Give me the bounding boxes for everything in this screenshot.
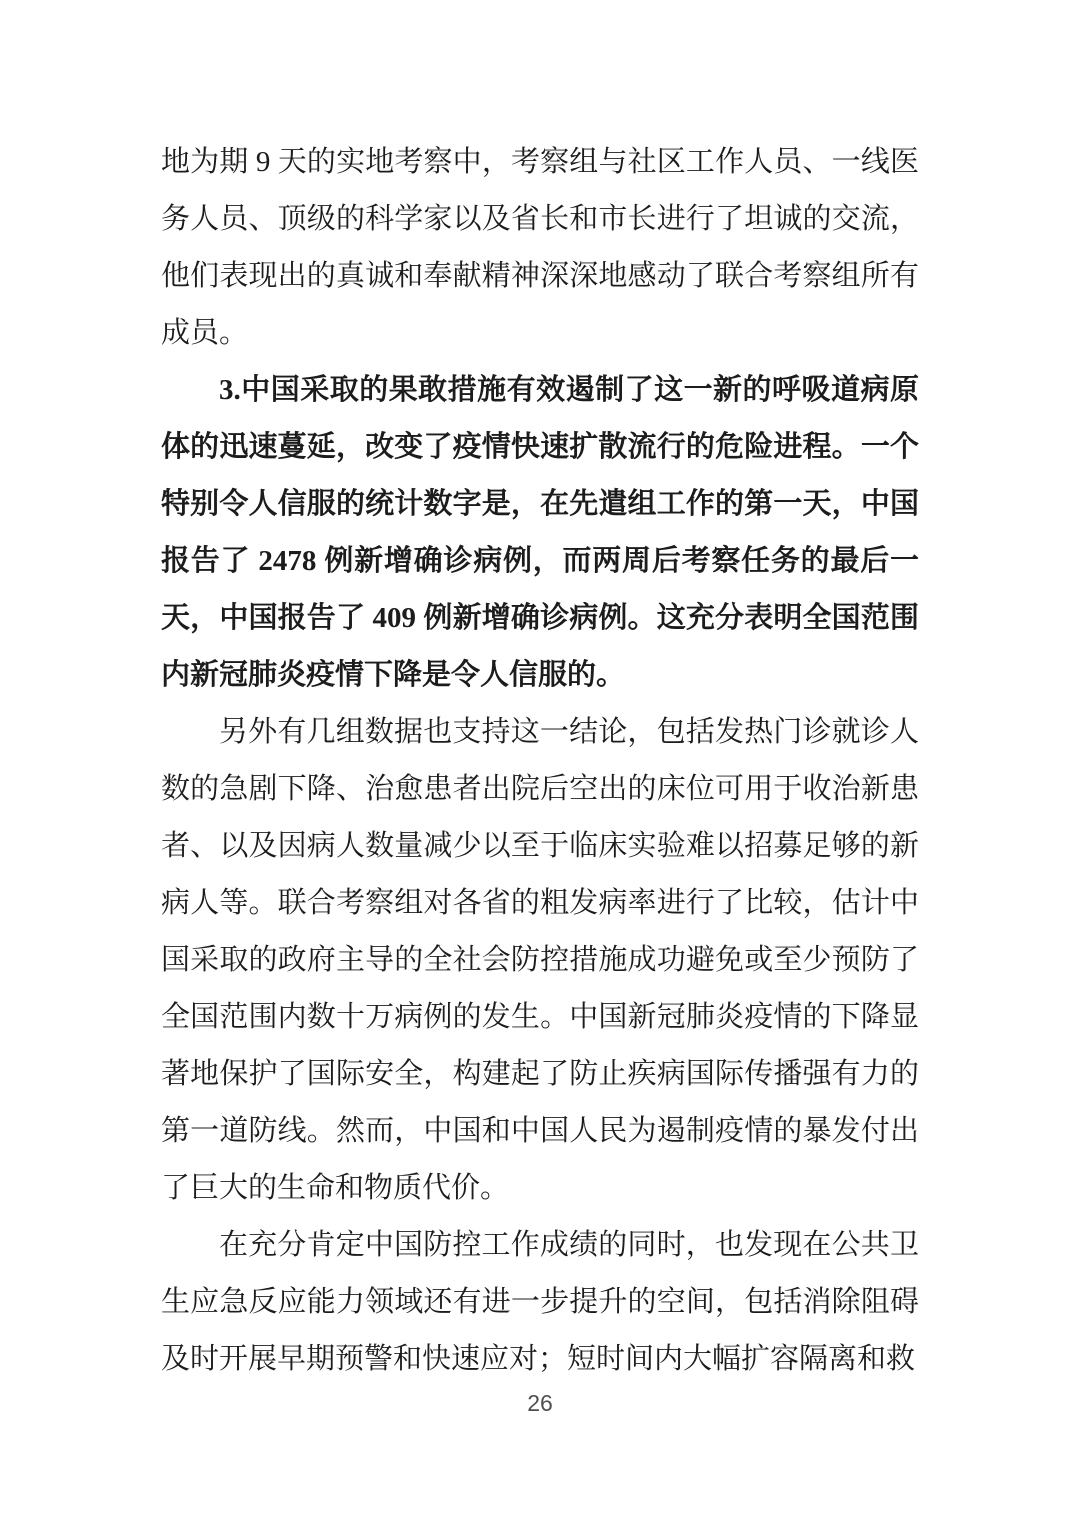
paragraph-continuation: 地为期 9 天的实地考察中，考察组与社区工作人员、一线医务人员、顶级的科学家以及…	[161, 134, 919, 362]
paragraph-supporting-data: 另外有几组数据也支持这一结论，包括发热门诊就诊人数的急剧下降、治愈患者出院后空出…	[161, 704, 919, 1217]
paragraph-point-3-bold: 3.中国采取的果敢措施有效遏制了这一新的呼吸道病原体的迅速蔓延，改变了疫情快速扩…	[161, 362, 919, 704]
paragraph-improvement-space: 在充分肯定中国防控工作成绩的同时，也发现在公共卫生应急反应能力领域还有进一步提升…	[161, 1217, 919, 1388]
document-page: 地为期 9 天的实地考察中，考察组与社区工作人员、一线医务人员、顶级的科学家以及…	[0, 0, 1080, 1527]
document-text-block: 地为期 9 天的实地考察中，考察组与社区工作人员、一线医务人员、顶级的科学家以及…	[161, 134, 919, 1388]
page-number: 26	[0, 1388, 1080, 1418]
